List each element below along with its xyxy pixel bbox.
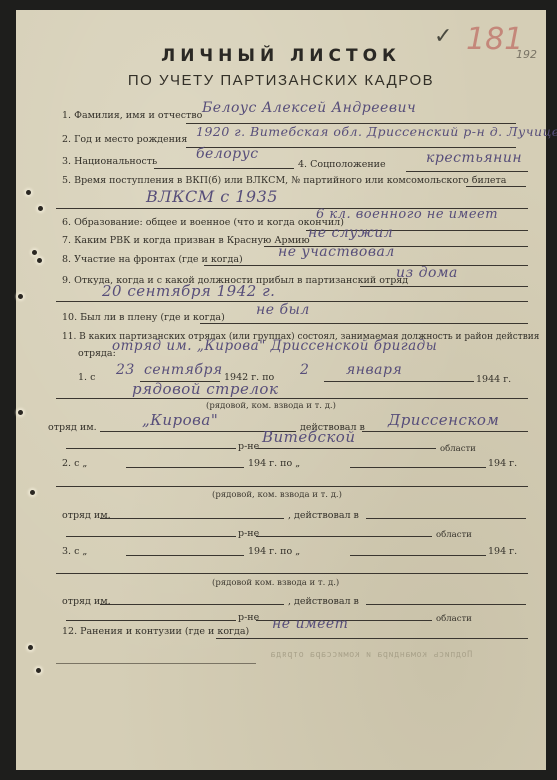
binding-hole <box>38 206 43 211</box>
period-1-to-day: 2 <box>300 362 309 378</box>
binding-hole <box>32 250 37 255</box>
field-12-label: 12. Ранения и контузии (где и когда) <box>62 626 249 637</box>
field-6-label: 6. Образование: общее и военное (что и к… <box>62 217 344 228</box>
period-2-detachment-line <box>100 518 284 519</box>
field-3-value: белорус <box>196 146 259 162</box>
period-3-rayon-label: р-не <box>238 612 259 623</box>
period-3-position-line <box>56 573 528 574</box>
field-2-label: 2. Год и место рождения <box>62 134 187 145</box>
period-2-acted-label: , действовал в <box>288 510 359 521</box>
period-1-district: Дриссенском <box>388 411 499 429</box>
field-10-line <box>200 323 528 324</box>
document-title: ЛИЧНЫЙ ЛИСТОК <box>16 46 546 66</box>
field-1-label: 1. Фамилия, имя и отчество <box>62 110 202 121</box>
binding-hole <box>18 294 23 299</box>
binding-hole <box>30 490 35 495</box>
period-3-region-label: области <box>436 614 472 624</box>
personal-record-sheet: ✓ 181 192 ЛИЧНЫЙ ЛИСТОК ПО УЧЕТУ ПАРТИЗА… <box>16 10 546 770</box>
period-1-detachment-label: отряд им. <box>48 422 97 433</box>
period-1-to-year: 1944 г. <box>476 374 511 385</box>
field-12-value: не имеет <box>272 616 348 632</box>
period-3-from-line <box>126 555 244 556</box>
document-subtitle: ПО УЧЕТУ ПАРТИЗАНСКИХ КАДРОВ <box>16 72 546 89</box>
period-1-from-month: сентября <box>144 362 223 378</box>
period-1-position-line <box>56 398 528 399</box>
period-3-rayon-line <box>66 620 236 621</box>
field-10-value: не был <box>256 302 310 318</box>
field-5-value: ВЛКСМ с 1935 <box>146 187 278 206</box>
field-8-label: 8. Участие на фронтах (где и когда) <box>62 254 243 265</box>
period-3-detachment-label: отряд им. <box>62 596 111 607</box>
period-2-region-line <box>256 536 432 537</box>
period-2-region-label: области <box>436 530 472 540</box>
field-12-line <box>216 638 528 639</box>
period-2-num: 2. с „ <box>62 458 87 469</box>
period-1-to-month: января <box>346 362 402 378</box>
period-1-region: Витебской <box>262 428 356 446</box>
field-12-line-2 <box>56 663 256 664</box>
period-1-region-label: области <box>440 444 476 454</box>
period-3-to-line <box>350 555 486 556</box>
period-1-position: рядовой стрелок <box>132 380 278 398</box>
period-2-rayon-label: р-не <box>238 528 259 539</box>
binding-hole <box>36 668 41 673</box>
period-1-district-line <box>362 431 528 432</box>
bleed-through-text: Подпись командира и комиссара отряда <box>270 650 472 660</box>
field-3-line <box>154 168 294 169</box>
binding-hole <box>18 410 23 415</box>
period-1-position-hint: (рядовой, ком. взвода и т. д.) <box>206 401 336 411</box>
field-4-value: крестьянин <box>426 150 522 166</box>
field-11-label-2: отряда: <box>78 348 116 359</box>
period-1-detachment: „Кирова" <box>142 411 218 429</box>
period-3-district-line <box>366 604 526 605</box>
period-2-position-line <box>56 486 528 487</box>
period-1-rayon-label: р-не <box>238 441 259 452</box>
field-8-value: не участвовал <box>278 244 395 260</box>
binding-hole <box>26 190 31 195</box>
field-5-line <box>466 186 526 187</box>
period-2-from-line <box>126 467 244 468</box>
field-3-label: 3. Национальность <box>62 156 157 167</box>
period-2-from-year: 194 г. по „ <box>248 458 300 469</box>
field-7-value: не служил <box>308 225 393 241</box>
binding-hole <box>28 645 33 650</box>
period-1-rayon-line <box>66 448 236 449</box>
field-8-line <box>204 265 528 266</box>
field-9-value: из дома <box>396 265 458 281</box>
field-5-label: 5. Время поступления в ВКП(б) или ВЛКСМ,… <box>62 175 506 186</box>
period-3-num: 3. с „ <box>62 546 87 557</box>
period-1-num: 1. с <box>78 372 95 383</box>
period-3-detachment-line <box>100 604 284 605</box>
field-10-label: 10. Был ли в плену (где и когда) <box>62 312 225 323</box>
period-2-to-line <box>350 467 486 468</box>
period-2-detachment-label: отряд им. <box>62 510 111 521</box>
period-1-region-line <box>256 448 436 449</box>
period-3-position-hint: (рядовой ком. взвода и т. д.) <box>212 578 339 588</box>
field-9-value-2: 20 сентября 1942 г. <box>102 282 275 300</box>
period-2-position-hint: (рядовой, ком. взвода и т. д.) <box>212 490 342 500</box>
period-3-from-year: 194 г. по „ <box>248 546 300 557</box>
field-2-value: 1920 г. Витебская обл. Дриссенский р-н д… <box>196 124 557 139</box>
field-9-line <box>360 286 528 287</box>
field-7-label: 7. Каким РВК и когда призван в Красную А… <box>62 235 310 246</box>
field-4-label: 4. Соцположение <box>298 159 386 170</box>
period-2-rayon-line <box>66 536 236 537</box>
binding-hole <box>37 258 42 263</box>
field-6-value: 6 кл. военного не имеет <box>316 207 498 222</box>
period-1-from-day: 23 <box>116 362 135 378</box>
period-2-to-year: 194 г. <box>488 458 517 469</box>
period-3-acted-label: , действовал в <box>288 596 359 607</box>
period-3-to-year: 194 г. <box>488 546 517 557</box>
period-1-to-line <box>324 381 474 382</box>
field-4-line <box>406 171 528 172</box>
period-2-district-line <box>366 518 526 519</box>
field-1-value: Белоус Алексей Андреевич <box>202 100 416 116</box>
field-11-value: отряд им. „Кирова" Дриссенской бригады <box>112 338 437 354</box>
